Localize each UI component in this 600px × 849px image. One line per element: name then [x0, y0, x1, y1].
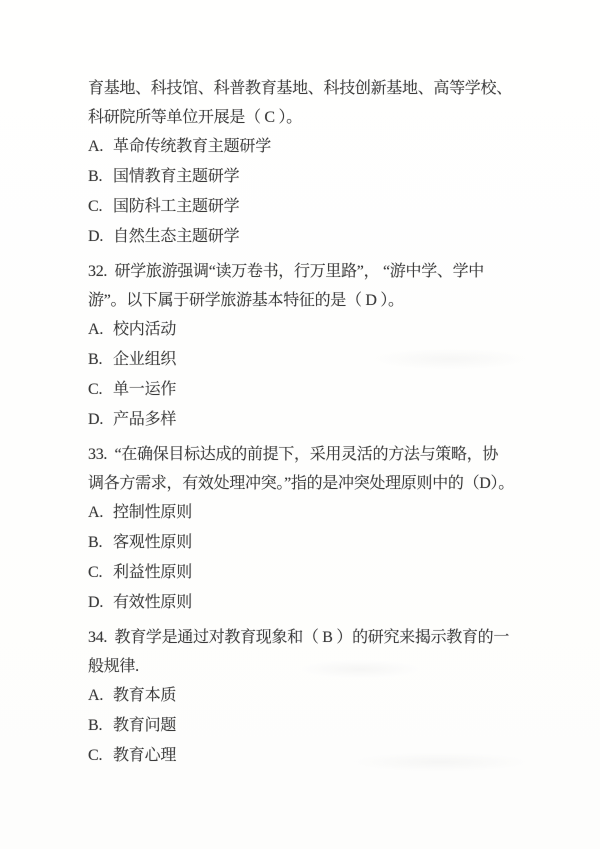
option-row: A.革命传统教育主题研学	[88, 132, 522, 162]
question-stem-line: 育基地、科技馆、科普教育基地、科技创新基地、高等学校、	[88, 74, 522, 103]
option-row: D.自然生态主题研学	[88, 222, 522, 252]
option-label: D.	[88, 588, 113, 618]
option-text: 国情教育主题研学	[113, 168, 239, 185]
option-label: C.	[88, 192, 113, 222]
option-text: 教育心理	[113, 747, 176, 764]
option-row: A.校内活动	[88, 315, 522, 345]
option-text: 控制性原则	[113, 504, 192, 521]
option-row: D.有效性原则	[88, 588, 522, 618]
option-label: C.	[88, 375, 113, 405]
option-label: B.	[88, 528, 113, 558]
option-row: C.教育心理	[88, 741, 522, 771]
option-text: 教育本质	[113, 687, 176, 704]
option-text: 自然生态主题研学	[113, 228, 239, 245]
option-label: D.	[88, 222, 113, 252]
option-row: C.国防科工主题研学	[88, 192, 522, 222]
option-row: B.客观性原则	[88, 528, 522, 558]
question-block-33: 33. “在确保目标达成的前提下，采用灵活的方法与策略，协 调各方需求，有效处理…	[88, 440, 522, 618]
option-text: 国防科工主题研学	[113, 198, 239, 215]
option-row: A.教育本质	[88, 681, 522, 711]
question-stem-line: 般规律.	[88, 652, 522, 681]
option-row: B.教育问题	[88, 711, 522, 741]
option-row: B.国情教育主题研学	[88, 162, 522, 192]
option-label: B.	[88, 711, 113, 741]
question-stem-line: 调各方需求，有效处理冲突。”指的是冲突处理原则中的（D）。	[88, 469, 522, 498]
option-text: 革命传统教育主题研学	[113, 138, 271, 155]
option-row: D.产品多样	[88, 405, 522, 435]
option-label: A.	[88, 132, 113, 162]
document-page: 育基地、科技馆、科普教育基地、科技创新基地、高等学校、 科研院所等单位开展是（ …	[0, 0, 600, 849]
question-stem-line: 33. “在确保目标达成的前提下，采用灵活的方法与策略，协	[88, 440, 522, 469]
option-text: 产品多样	[113, 411, 176, 428]
option-row: A.控制性原则	[88, 498, 522, 528]
option-label: D.	[88, 405, 113, 435]
option-label: A.	[88, 498, 113, 528]
option-label: B.	[88, 162, 113, 192]
question-block-32: 32. 研学旅游强调“读万卷书，行万里路”， “游中学、学中 游”。以下属于研学…	[88, 257, 522, 435]
question-stem-line: 游”。以下属于研学旅游基本特征的是（ D ）。	[88, 286, 522, 315]
option-text: 校内活动	[113, 321, 176, 338]
question-stem-line: 32. 研学旅游强调“读万卷书，行万里路”， “游中学、学中	[88, 257, 522, 286]
option-text: 有效性原则	[113, 594, 192, 611]
option-text: 企业组织	[113, 351, 176, 368]
option-text: 利益性原则	[113, 564, 192, 581]
option-text: 单一运作	[113, 381, 176, 398]
question-block-34: 34. 教育学是通过对教育现象和（ B ）的研究来揭示教育的一 般规律. A.教…	[88, 623, 522, 771]
question-block-31: 育基地、科技馆、科普教育基地、科技创新基地、高等学校、 科研院所等单位开展是（ …	[88, 74, 522, 252]
option-label: A.	[88, 315, 113, 345]
option-label: C.	[88, 741, 113, 771]
option-label: B.	[88, 345, 113, 375]
option-row: C.利益性原则	[88, 558, 522, 588]
option-label: C.	[88, 558, 113, 588]
question-stem-line: 科研院所等单位开展是（ C ）。	[88, 103, 522, 132]
option-label: A.	[88, 681, 113, 711]
question-stem-line: 34. 教育学是通过对教育现象和（ B ）的研究来揭示教育的一	[88, 623, 522, 652]
option-row: C.单一运作	[88, 375, 522, 405]
option-text: 教育问题	[113, 717, 176, 734]
option-row: B.企业组织	[88, 345, 522, 375]
option-text: 客观性原则	[113, 534, 192, 551]
